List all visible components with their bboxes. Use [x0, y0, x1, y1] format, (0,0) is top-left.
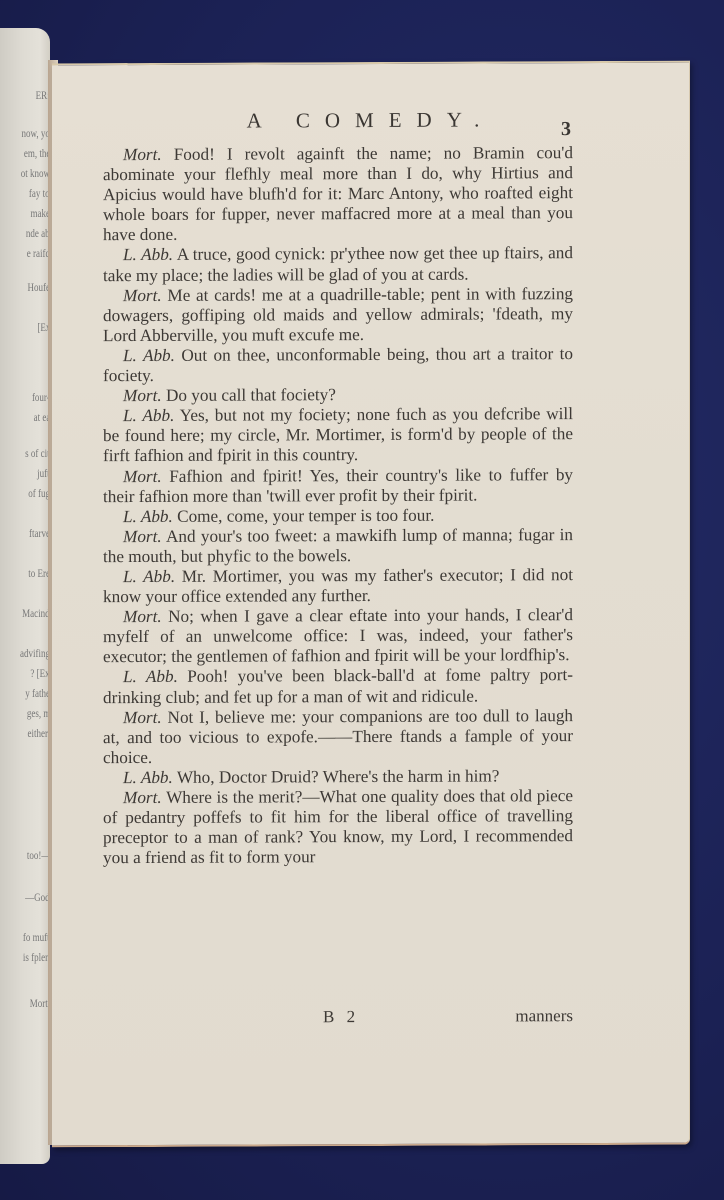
speech-text: Where is the merit?—What one quality doe… [103, 786, 573, 867]
facing-page-text-fragment: of fug [28, 486, 50, 501]
page-footer: B 2 manners [103, 1006, 573, 1030]
speaker-name: L. Abb. [123, 346, 175, 365]
book-page: A COMEDY. 3 Mort. Food! I revolt againft… [52, 61, 690, 1148]
speaker-name: Mort. [123, 788, 162, 807]
speaker-name: Mort. [123, 466, 162, 485]
facing-page-edge: ER:now, yoem, theot knowfay tomakende ab… [0, 28, 50, 1164]
speaker-name: Mort. [123, 286, 162, 305]
speech-text: Who, Doctor Druid? Where's the harm in h… [177, 766, 500, 786]
speaker-name: Mort. [123, 145, 162, 164]
speaker-name: Mort. [123, 708, 162, 727]
speech-text: Yes, but not my fociety; none fuch as yo… [103, 404, 573, 465]
speech-text: Come, come, your temper is too four. [177, 505, 434, 525]
catchword: manners [515, 1006, 573, 1026]
speech: Mort. Where is the merit?—What one quali… [103, 786, 573, 868]
speech: Mort. And your's too fweet: a mawkifh lu… [103, 525, 573, 567]
facing-page-text-fragment: s of cit [25, 446, 50, 461]
speech: L. Abb. Who, Doctor Druid? Where's the h… [103, 766, 573, 788]
speech-text: Do you call that fociety? [166, 385, 336, 405]
speaker-name: L. Abb. [123, 768, 173, 787]
facing-page-text-fragment: ot know [21, 166, 50, 181]
speech: Mort. Food! I revolt againft the name; n… [103, 143, 573, 246]
speech-text: And your's too fweet: a mawkifh lump of … [103, 525, 573, 566]
speech: L. Abb. Come, come, your temper is too f… [103, 505, 573, 527]
speaker-name: Mort. [123, 607, 162, 626]
page-number: 3 [561, 118, 571, 141]
speaker-name: Mort. [123, 527, 162, 546]
facing-page-text-fragment: —God [25, 890, 50, 905]
facing-page-text-fragment: too!— [26, 848, 50, 863]
facing-page-text-fragment: e raifd [27, 246, 50, 261]
speech: Mort. Me at cards! me at a quadrille-tab… [103, 284, 573, 346]
speaker-name: L. Abb. [123, 567, 175, 586]
speech-text: No; when I gave a clear eftate into your… [103, 605, 573, 666]
speaker-name: L. Abb. [123, 667, 178, 686]
speaker-name: L. Abb. [123, 406, 174, 425]
facing-page-text-fragment: em, the [24, 146, 50, 161]
facing-page-text-fragment: ftarve [29, 526, 50, 541]
facing-page-text-fragment: ges, m [26, 706, 50, 721]
speech: Mort. Do you call that fociety? [103, 384, 573, 406]
speech: L. Abb. A truce, good cynick: pr'ythee n… [103, 244, 573, 286]
play-text: Mort. Food! I revolt againft the name; n… [103, 143, 573, 868]
speech-text: Fafhion and fpirit! Yes, their country's… [103, 465, 573, 506]
facing-page-text-fragment: y fathe [25, 686, 50, 701]
facing-page-text-fragment: either, [28, 726, 50, 741]
facing-page-text-fragment: to Ere [28, 566, 50, 581]
speech: Mort. Not I, believe me: your companions… [103, 706, 573, 768]
running-head: A COMEDY. [52, 107, 689, 135]
speech-text: A truce, good cynick: pr'ythee now get t… [103, 244, 573, 285]
speech: Mort. No; when I gave a clear eftate int… [103, 605, 573, 667]
speech: Mort. Fafhion and fpirit! Yes, their cou… [103, 465, 573, 507]
speech: L. Abb. Out on thee, unconformable being… [103, 344, 573, 386]
speech: L. Abb. Pooh! you've been black-ball'd a… [103, 666, 573, 708]
speaker-name: Mort. [123, 386, 162, 405]
facing-page-text-fragment: nde ab [26, 226, 50, 241]
facing-page-text-fragment: fo muft [23, 930, 50, 945]
signature-mark: B 2 [323, 1007, 359, 1027]
facing-page-text-fragment: is fplen [23, 950, 50, 965]
facing-page-text-fragment: now, yo [22, 126, 50, 141]
speech: L. Abb. Yes, but not my fociety; none fu… [103, 404, 573, 466]
facing-page-text-fragment: advifing [20, 646, 50, 661]
facing-page-text-fragment: Macind [23, 606, 50, 621]
speaker-name: L. Abb. [123, 245, 173, 264]
speech-text: Food! I revolt againft the name; no Bram… [103, 143, 573, 244]
facing-page-text-fragment: Houfe [28, 280, 51, 295]
facing-page-text-fragment: fay to [29, 186, 50, 201]
speaker-name: L. Abb. [123, 507, 173, 526]
facing-page-text-fragment: Mort. [30, 996, 50, 1011]
speech-text: Not I, believe me: your companions are t… [103, 706, 573, 767]
speech-text: Me at cards! me at a quadrille-table; pe… [103, 284, 573, 345]
speech: L. Abb. Mr. Mortimer, you was my father'… [103, 565, 573, 607]
